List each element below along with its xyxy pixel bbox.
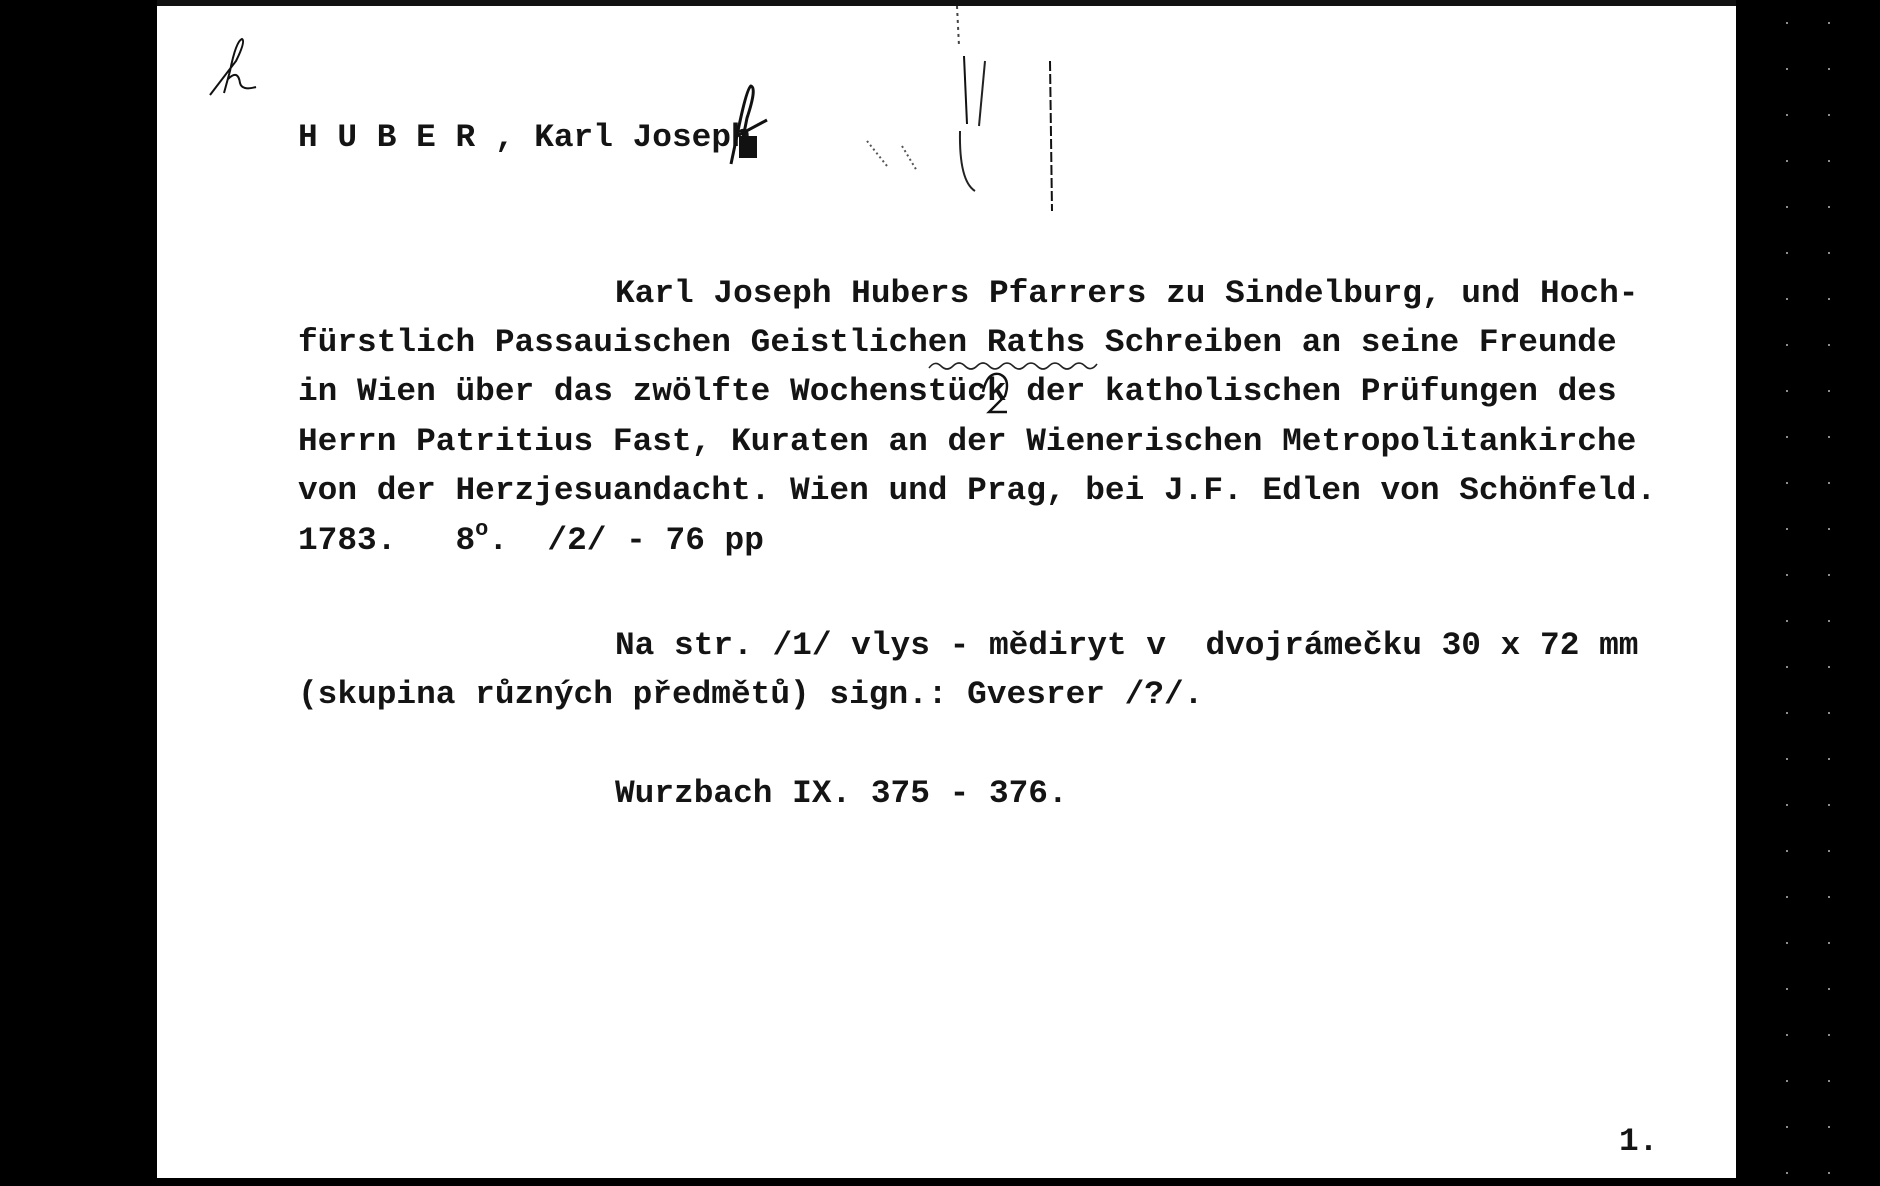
scan-border-noise — [1736, 0, 1880, 1186]
paragraph-1-line-4: Herrn Patritius Fast, Kuraten an der Wie… — [298, 426, 1636, 459]
paragraph-1-line-5: von der Herzjesuandacht. Wien und Prag, … — [298, 475, 1656, 508]
paragraph-1-line-3: in Wien über das zwölfte Wochenstück der… — [298, 376, 1617, 409]
wavy-underline-mark — [927, 358, 1107, 372]
imprint-pagination: /2/ - 76 pp — [547, 522, 764, 559]
heading-given-names: Karl Joseph — [515, 119, 751, 156]
paragraph-1-line-1: Karl Joseph Hubers Pfarrers zu Sindelbur… — [615, 278, 1638, 311]
card-heading: H U B E R , Karl Joseph — [298, 122, 751, 155]
card-number: 1. — [1619, 1126, 1658, 1159]
handwritten-h-mark — [202, 31, 272, 101]
heading-surname: H U B E R — [298, 119, 475, 156]
heading-separator: , — [475, 119, 514, 156]
imprint-format-degree: o — [475, 517, 488, 542]
imprint-format-suffix: . — [488, 522, 508, 559]
handwritten-strokes — [847, 6, 987, 226]
handwritten-vertical-line — [1042, 61, 1062, 221]
paragraph-1-line-2: fürstlich Passauischen Geistlichen Raths… — [298, 327, 1617, 360]
paragraph-1-imprint: 1783. 8o. /2/ - 76 pp — [298, 525, 764, 558]
paragraph-2-line-1: Na str. /1/ vlys - mědiryt v dvojrámečku… — [615, 630, 1638, 663]
imprint-format-number: 8 — [455, 522, 475, 559]
catalog-card: H U B E R , Karl Joseph Karl Joseph Hube… — [157, 6, 1736, 1178]
imprint-year: 1783. — [298, 522, 396, 559]
reference-line: Wurzbach IX. 375 - 376. — [615, 778, 1068, 811]
paragraph-2-line-2: (skupina různých předmětů) sign.: Gvesre… — [298, 679, 1203, 712]
